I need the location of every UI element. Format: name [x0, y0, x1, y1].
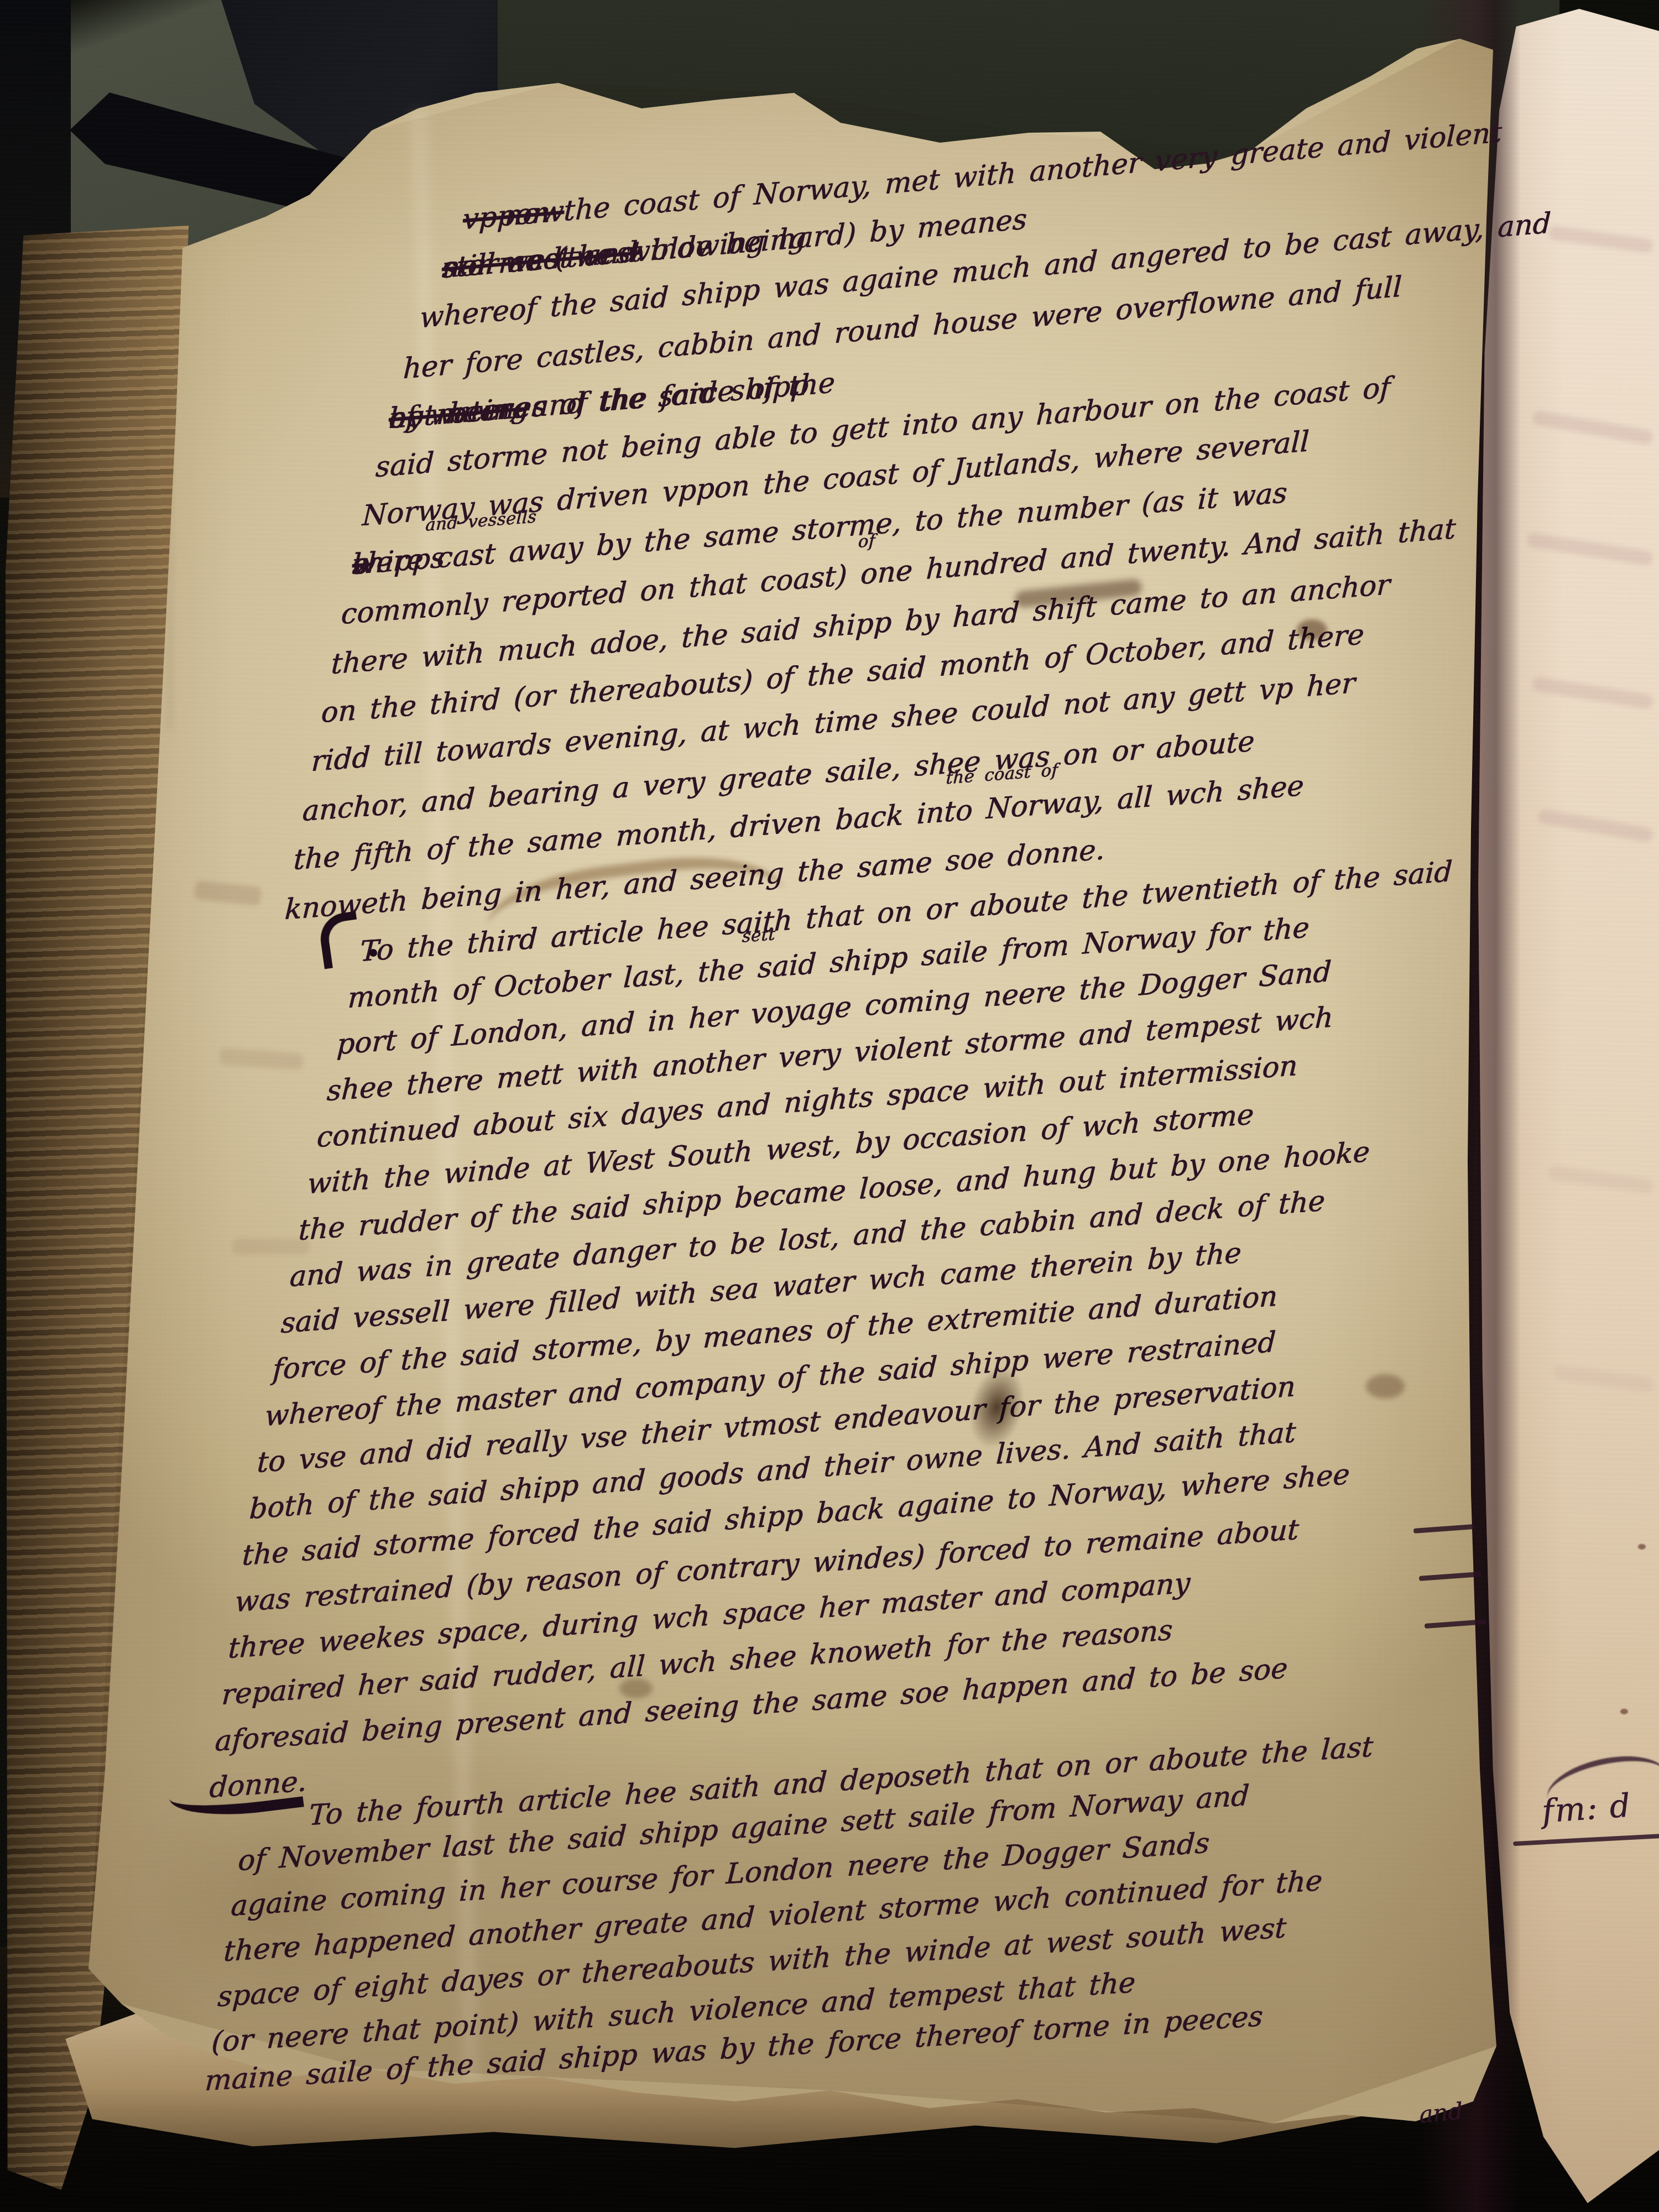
interline-insertion: of	[858, 533, 875, 551]
handwritten-text-block: — now vppon the coast of Norway, met wit…	[0, 0, 1659, 2212]
catchword: and	[1418, 2098, 1464, 2128]
paragraph-mark-dot	[369, 949, 377, 957]
interline-insertion: sett	[742, 926, 776, 946]
manuscript-photograph: fm: d — now vppon the coast of Norway, m…	[0, 0, 1659, 2212]
